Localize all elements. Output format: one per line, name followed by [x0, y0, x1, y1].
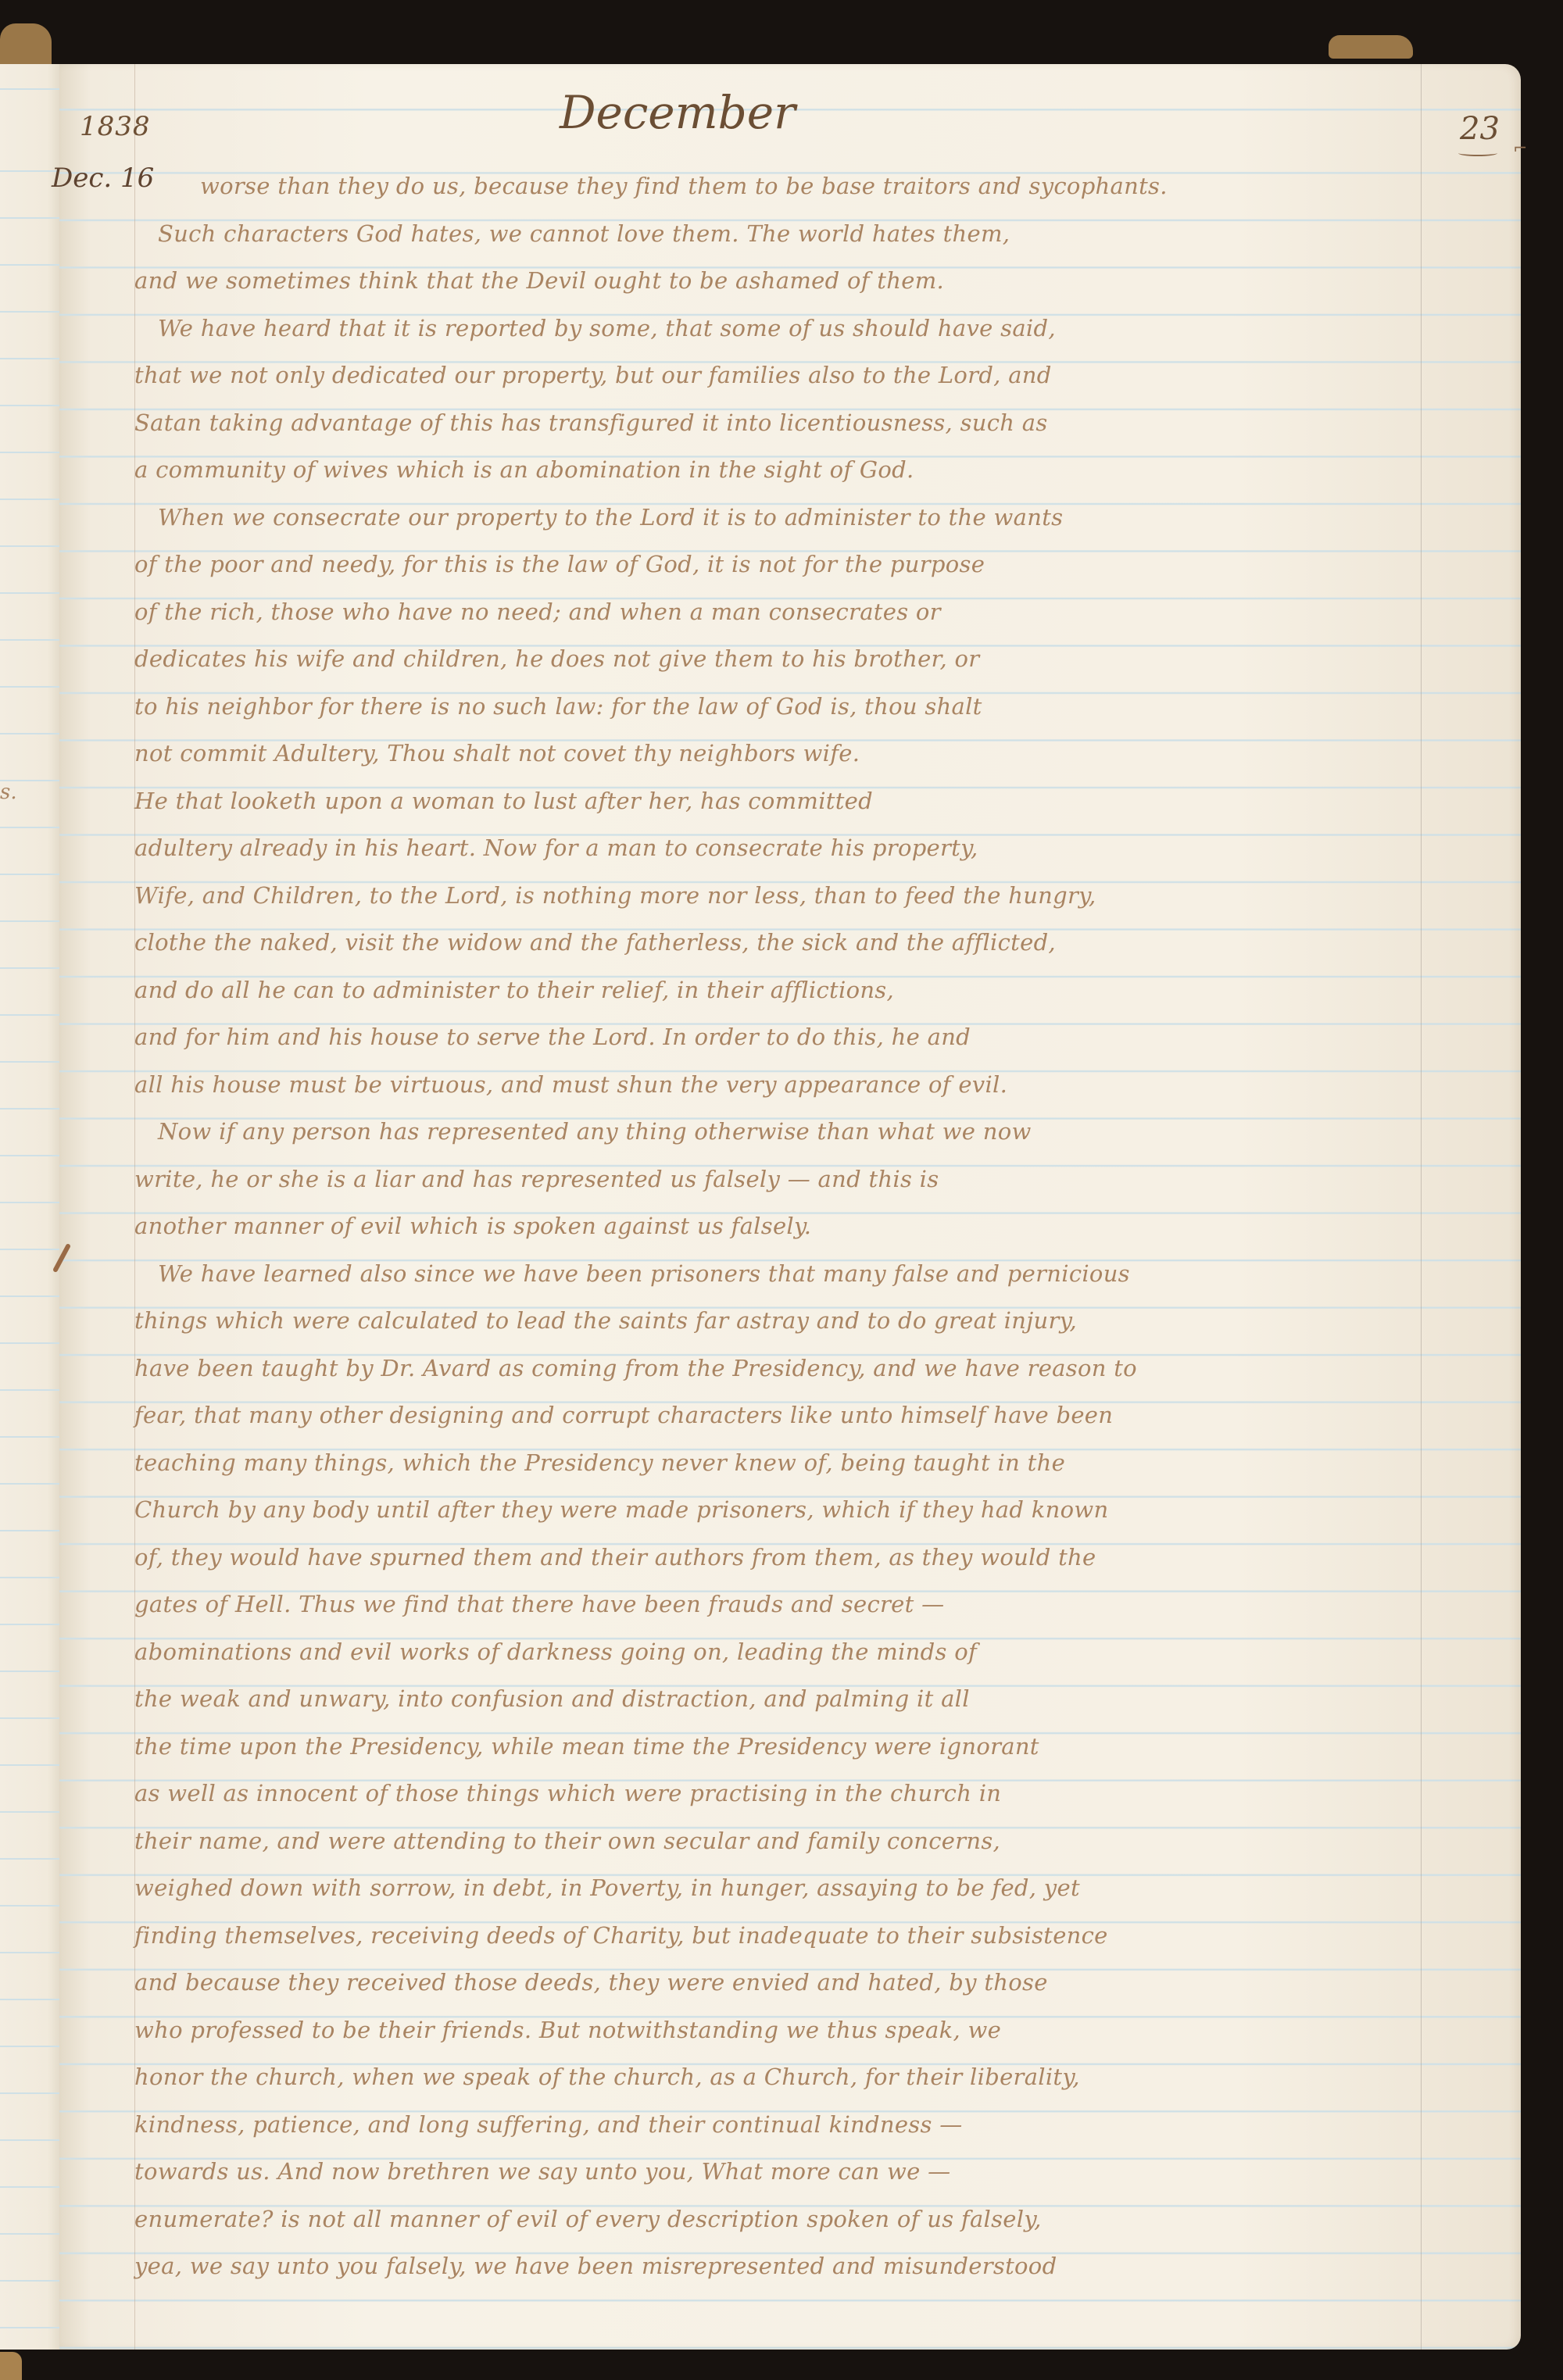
- binding-fragment: [0, 23, 52, 66]
- manuscript-line: adultery already in his heart. Now for a…: [134, 824, 1447, 872]
- page-number: 23: [1460, 111, 1500, 147]
- manuscript-line: clothe the naked, visit the widow and th…: [134, 919, 1447, 967]
- manuscript-line: dedicates his wife and children, he does…: [134, 635, 1447, 683]
- manuscript-page: 1838 December 23 ⌐ Dec. 16 worse than th…: [59, 64, 1521, 2350]
- manuscript-line: write, he or she is a liar and has repre…: [134, 1156, 1447, 1203]
- manuscript-line: Wife, and Children, to the Lord, is noth…: [134, 872, 1447, 920]
- manuscript-line: Now if any person has represented any th…: [134, 1108, 1447, 1156]
- manuscript-line: abominations and evil works of darkness …: [134, 1628, 1447, 1676]
- year-heading: 1838: [80, 111, 151, 142]
- manuscript-line: a community of wives which is an abomina…: [134, 446, 1447, 494]
- manuscript-line: worse than they do us, because they find…: [134, 163, 1447, 210]
- manuscript-line: yea, we say unto you falsely, we have be…: [134, 2242, 1447, 2290]
- month-heading: December: [560, 86, 796, 139]
- manuscript-line: things which were calculated to lead the…: [134, 1297, 1447, 1345]
- binding-fragment: [0, 2352, 22, 2380]
- manuscript-line: enumerate? is not all manner of evil of …: [134, 2196, 1447, 2243]
- manuscript-line: not commit Adultery, Thou shalt not cove…: [134, 730, 1447, 777]
- manuscript-line: and do all he can to administer to their…: [134, 967, 1447, 1014]
- manuscript-line: kindness, patience, and long suffering, …: [134, 2101, 1447, 2149]
- manuscript-line: the time upon the Presidency, while mean…: [134, 1723, 1447, 1771]
- manuscript-line: Church by any body until after they were…: [134, 1486, 1447, 1534]
- manuscript-line: to his neighbor for there is no such law…: [134, 683, 1447, 731]
- manuscript-line: and we sometimes think that the Devil ou…: [134, 257, 1447, 305]
- manuscript-line: of the rich, those who have no need; and…: [134, 588, 1447, 636]
- facing-page-edge: s.: [0, 64, 59, 2350]
- manuscript-line: that we not only dedicated our property,…: [134, 352, 1447, 399]
- manuscript-line: who professed to be their friends. But n…: [134, 2007, 1447, 2054]
- manuscript-line: weighed down with sorrow, in debt, in Po…: [134, 1864, 1447, 1912]
- manuscript-line: fear, that many other designing and corr…: [134, 1392, 1447, 1439]
- manuscript-line: and because they received those deeds, t…: [134, 1959, 1447, 2007]
- manuscript-line: Such characters God hates, we cannot lov…: [134, 210, 1447, 258]
- manuscript-line: We have heard that it is reported by som…: [134, 305, 1447, 352]
- manuscript-line: honor the church, when we speak of the c…: [134, 2053, 1447, 2101]
- manuscript-line: as well as innocent of those things whic…: [134, 1770, 1447, 1817]
- manuscript-line: another manner of evil which is spoken a…: [134, 1203, 1447, 1250]
- binding-fragment: [1329, 35, 1413, 59]
- manuscript-line: and for him and his house to serve the L…: [134, 1013, 1447, 1061]
- facing-page-mark: s.: [0, 781, 17, 804]
- manuscript-line: their name, and were attending to their …: [134, 1817, 1447, 1865]
- manuscript-text: worse than they do us, because they find…: [134, 163, 1447, 2290]
- manuscript-line: teaching many things, which the Presiden…: [134, 1439, 1447, 1487]
- manuscript-line: towards us. And now brethren we say unto…: [134, 2148, 1447, 2196]
- manuscript-line: When we consecrate our property to the L…: [134, 494, 1447, 541]
- manuscript-line: have been taught by Dr. Avard as coming …: [134, 1345, 1447, 1392]
- manuscript-line: We have learned also since we have been …: [134, 1250, 1447, 1298]
- manuscript-line: of the poor and needy, for this is the l…: [134, 541, 1447, 588]
- page-number-underline: [1458, 150, 1497, 156]
- manuscript-line: of, they would have spurned them and the…: [134, 1534, 1447, 1581]
- manuscript-line: Satan taking advantage of this has trans…: [134, 399, 1447, 447]
- manuscript-line: gates of Hell. Thus we find that there h…: [134, 1581, 1447, 1628]
- corner-mark: ⌐: [1513, 139, 1527, 159]
- manuscript-line: finding themselves, receiving deeds of C…: [134, 1912, 1447, 1960]
- manuscript-line: He that looketh upon a woman to lust aft…: [134, 777, 1447, 825]
- manuscript-line: the weak and unwary, into confusion and …: [134, 1675, 1447, 1723]
- manuscript-line: all his house must be virtuous, and must…: [134, 1061, 1447, 1109]
